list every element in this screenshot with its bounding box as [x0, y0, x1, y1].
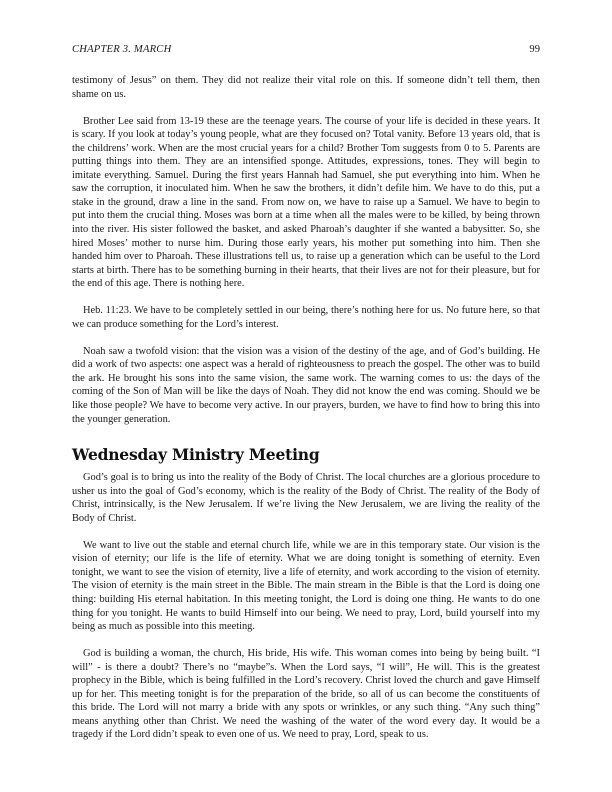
chapter-title: CHAPTER 3. MARCH: [72, 44, 171, 55]
document-page: CHAPTER 3. MARCH 99 testimony of Jesus” …: [72, 44, 540, 742]
running-header: CHAPTER 3. MARCH 99: [72, 44, 540, 60]
paragraph-gods-goal: God’s goal is to bring us into the reali…: [72, 471, 540, 525]
section-heading: Wednesday Ministry Meeting: [72, 445, 540, 464]
paragraph-heb-11-23: Heb. 11:23. We have to be completely set…: [72, 304, 540, 331]
paragraph-continued: testimony of Jesus” on them. They did no…: [72, 74, 540, 101]
paragraph-eternal-church-life: We want to live out the stable and etern…: [72, 539, 540, 634]
paragraph-building-a-woman: God is building a woman, the church, His…: [72, 647, 540, 742]
paragraph-teenage-years: Brother Lee said from 13-19 these are th…: [72, 115, 540, 291]
paragraph-noah: Noah saw a twofold vision: that the visi…: [72, 345, 540, 426]
page-number: 99: [529, 44, 540, 55]
document-body: testimony of Jesus” on them. They did no…: [72, 74, 540, 742]
